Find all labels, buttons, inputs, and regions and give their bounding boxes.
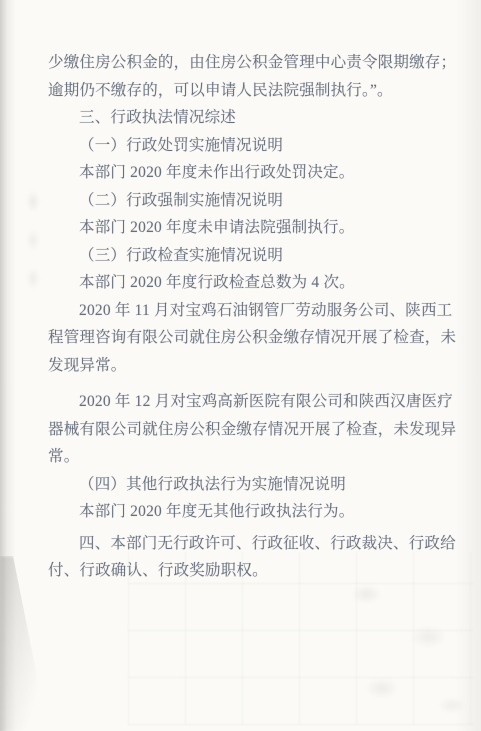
reverse-side-text-bleed-left xyxy=(20,185,46,295)
text-line: 三、行政执法情况综述 xyxy=(48,104,450,132)
text-line: 本部门 2020 年度未申请法院强制执行。 xyxy=(48,214,450,242)
text-line: 发现异常。 xyxy=(48,352,450,380)
text-line: 本部门 2020 年度行政检查总数为 4 次。 xyxy=(48,269,450,297)
scan-shadow-right xyxy=(455,0,481,731)
text-line: （二）行政强制实施情况说明 xyxy=(48,187,450,215)
text-line: 付、行政确认、行政奖励职权。 xyxy=(48,557,450,585)
text-line: （四）其他行政执法行为实施情况说明 xyxy=(48,471,450,499)
text-line: 本部门 2020 年度无其他行政执法行为。 xyxy=(48,498,450,526)
scanned-page: 少缴住房公积金的，由住房公积金管理中心责令限期缴存；逾期仍不缴存的，可以申请人民… xyxy=(0,0,481,731)
text-line: 2020 年 11 月对宝鸡石油钢管厂劳动服务公司、陕西工 xyxy=(48,297,450,325)
scan-shadow-left xyxy=(0,0,16,731)
text-line: 2020 年 12 月对宝鸡高新医院有限公司和陕西汉唐医疗 xyxy=(48,388,450,416)
text-line: 程管理咨询有限公司就住房公积金缴存情况开展了检查，未 xyxy=(48,324,450,352)
scan-shadow-bottom-left-wedge xyxy=(0,556,48,731)
text-line: 常。 xyxy=(48,443,450,471)
text-line: （三）行政检查实施情况说明 xyxy=(48,242,450,270)
text-line: 四、本部门无行政许可、行政征收、行政裁决、行政给 xyxy=(48,530,450,558)
document-body: 少缴住房公积金的，由住房公积金管理中心责令限期缴存；逾期仍不缴存的，可以申请人民… xyxy=(48,49,450,585)
text-line: 本部门 2020 年度未作出行政处罚决定。 xyxy=(48,159,450,187)
text-line: 器械有限公司就住房公积金缴存情况开展了检查，未发现异 xyxy=(48,416,450,444)
text-line: 少缴住房公积金的，由住房公积金管理中心责令限期缴存； xyxy=(48,49,450,77)
text-line: （一）行政处罚实施情况说明 xyxy=(48,132,450,160)
text-line: 逾期仍不缴存的，可以申请人民法院强制执行。”。 xyxy=(48,77,450,105)
reverse-side-text-bleed xyxy=(320,560,475,731)
